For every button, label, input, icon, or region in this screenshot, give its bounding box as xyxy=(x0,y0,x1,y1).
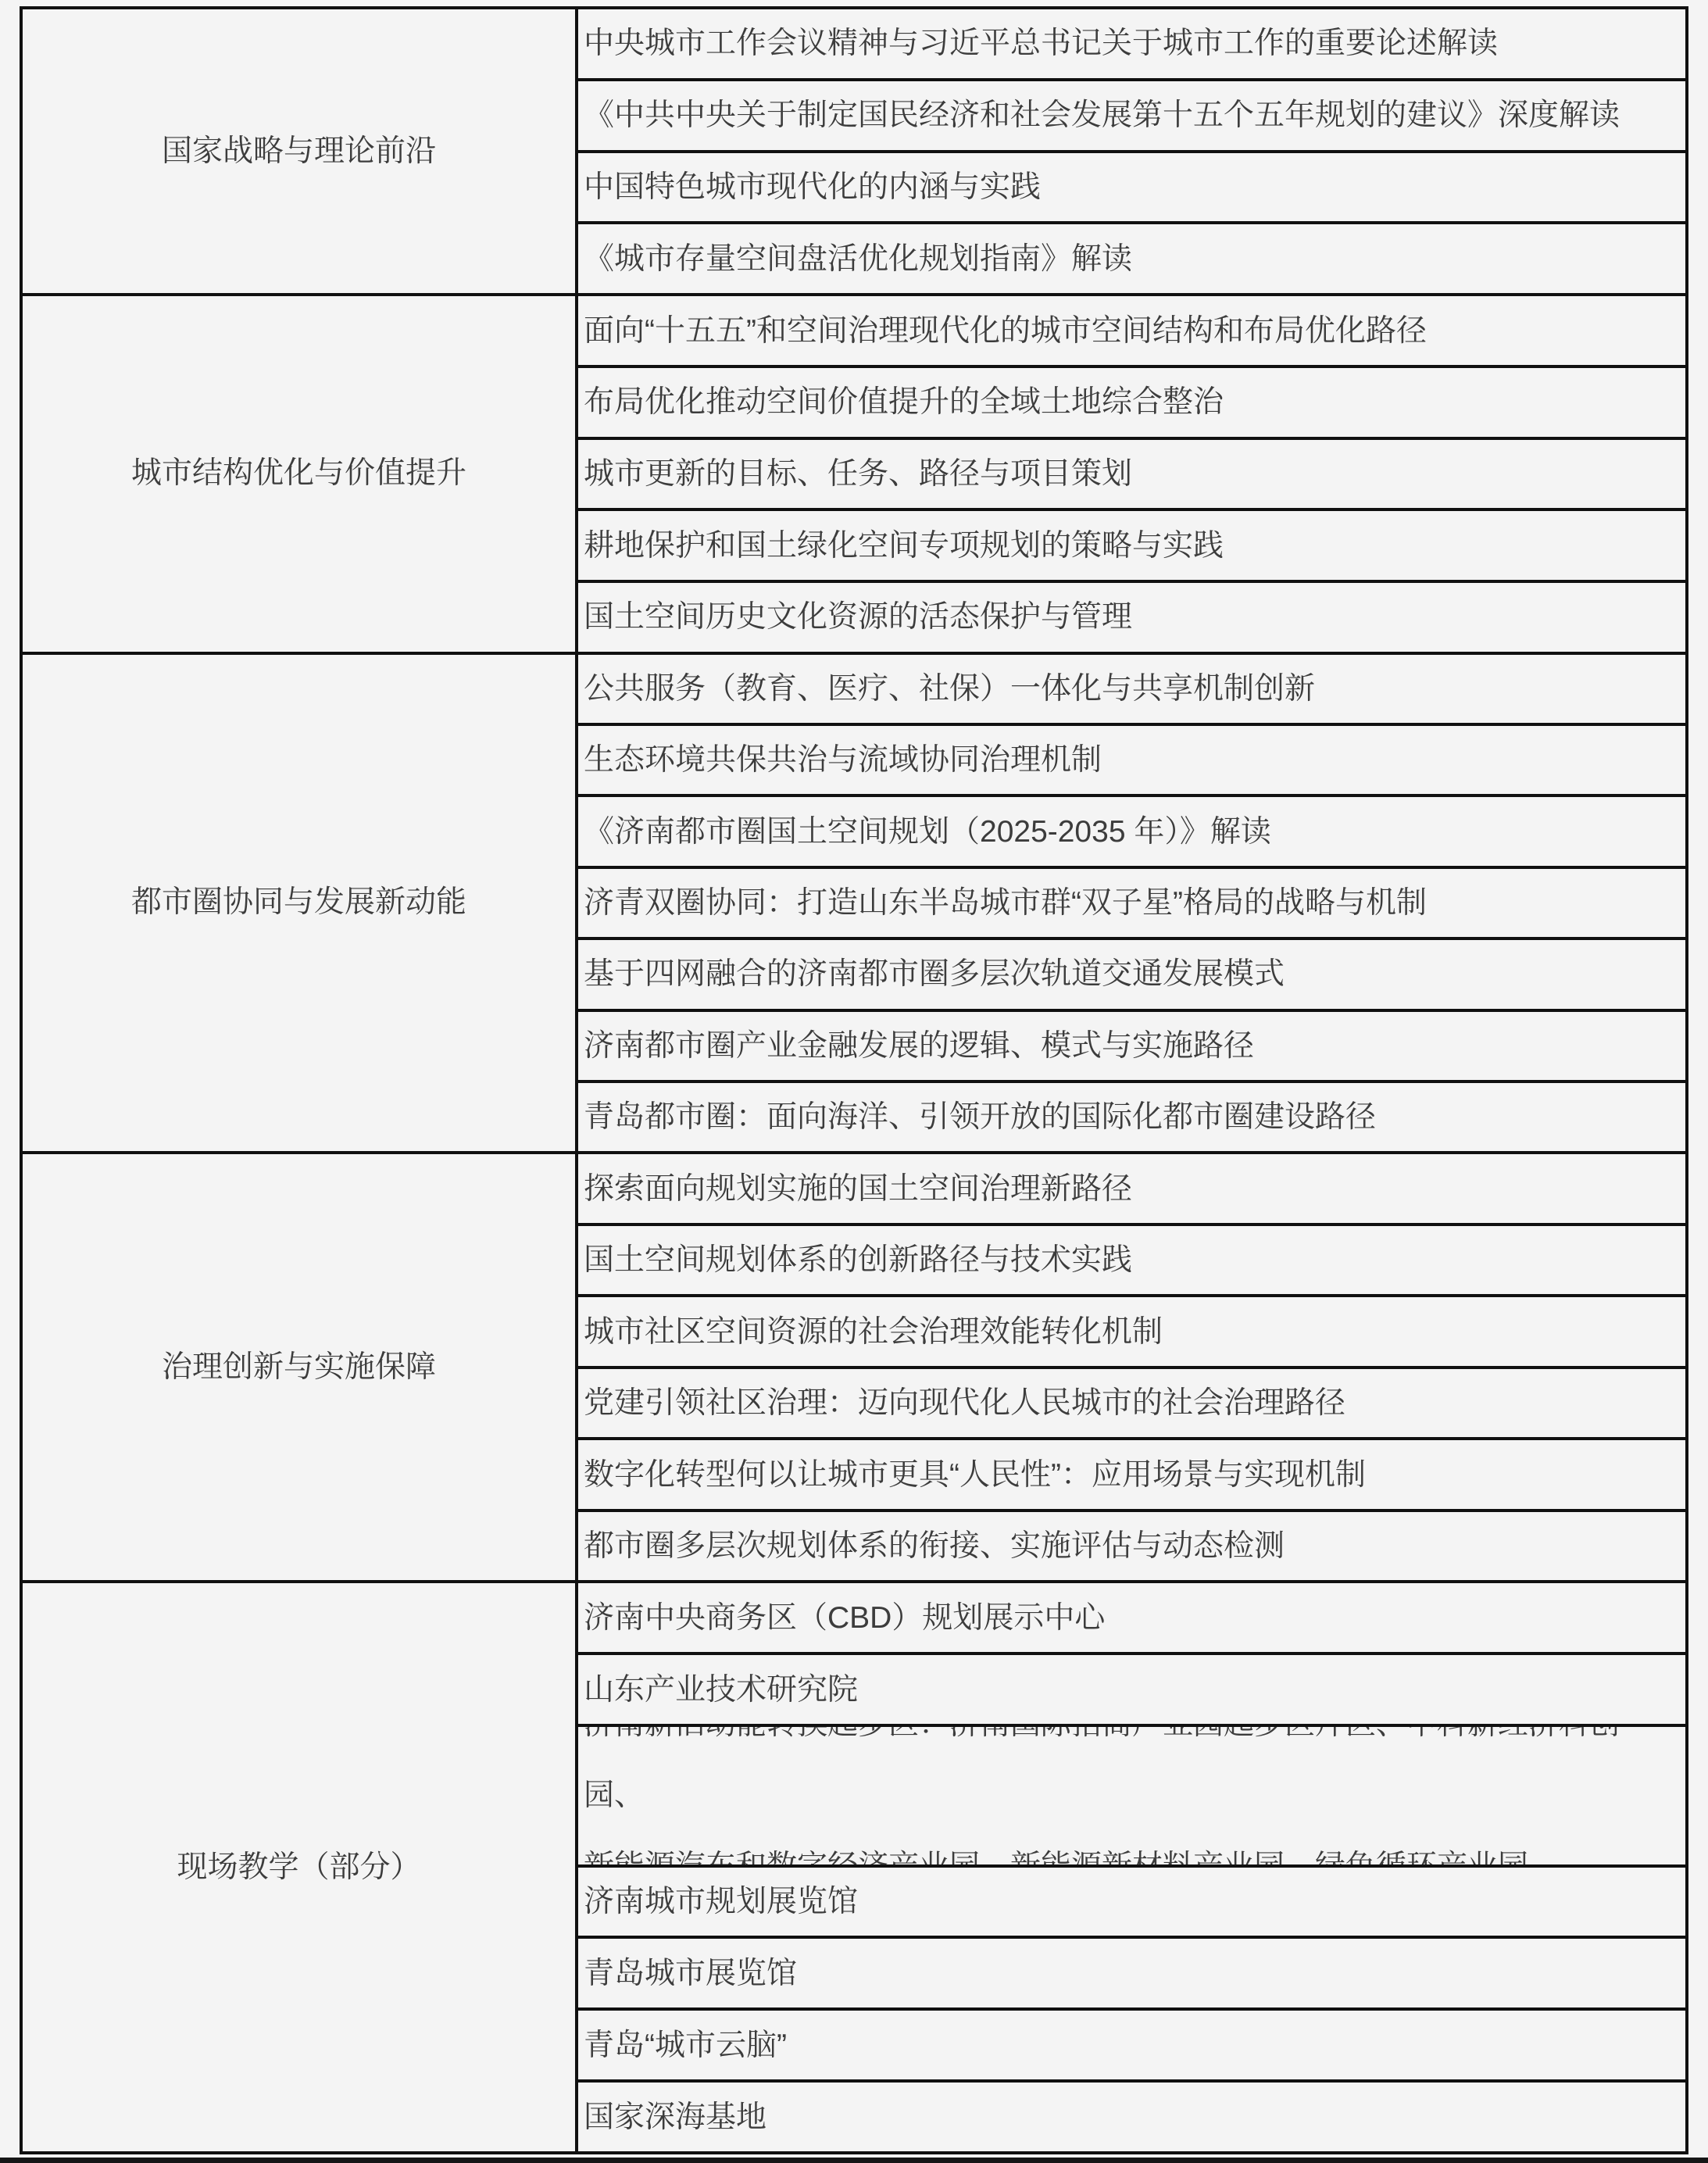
topic-cell: 济南都市圈产业金融发展的逻辑、模式与实施路径 xyxy=(578,1009,1685,1080)
topic-cell: 探索面向规划实施的国土空间治理新路径 xyxy=(578,1154,1685,1223)
topic-cell: 党建引领社区治理：迈向现代化人民城市的社会治理路径 xyxy=(578,1366,1685,1438)
group-row: 国家战略与理论前沿中央城市工作会议精神与习近平总书记关于城市工作的重要论述解读《… xyxy=(23,9,1685,293)
category-cell: 都市圈协同与发展新动能 xyxy=(23,655,578,1152)
page-bottom-edge xyxy=(0,2158,1708,2163)
group-row: 治理创新与实施保障探索面向规划实施的国土空间治理新路径国土空间规划体系的创新路径… xyxy=(23,1151,1685,1580)
topic-cell: 面向“十五五”和空间治理现代化的城市空间结构和布局优化路径 xyxy=(578,296,1685,365)
topic-cell: 国土空间历史文化资源的活态保护与管理 xyxy=(578,580,1685,652)
topic-cell: 国家深海基地 xyxy=(578,2079,1685,2151)
topic-cell: 济南新旧动能转换起步区：济南国际招商产业园起步区片区、中科新经济科创园、 新能源… xyxy=(578,1724,1685,1864)
course-table: 国家战略与理论前沿中央城市工作会议精神与习近平总书记关于城市工作的重要论述解读《… xyxy=(20,6,1688,2154)
topic-cell: 中央城市工作会议精神与习近平总书记关于城市工作的重要论述解读 xyxy=(578,9,1685,78)
topic-cell: 青岛都市圈：面向海洋、引领开放的国际化都市圈建设路径 xyxy=(578,1080,1685,1151)
category-cell: 国家战略与理论前沿 xyxy=(23,9,578,293)
topic-cell: 中国特色城市现代化的内涵与实践 xyxy=(578,150,1685,222)
topic-cell: 山东产业技术研究院 xyxy=(578,1652,1685,1724)
topic-cell: 《济南都市圈国土空间规划（2025-2035 年）》解读 xyxy=(578,794,1685,865)
group-row: 城市结构优化与价值提升面向“十五五”和空间治理现代化的城市空间结构和布局优化路径… xyxy=(23,293,1685,651)
topic-cell: 城市社区空间资源的社会治理效能转化机制 xyxy=(578,1294,1685,1366)
topic-cell: 《中共中央关于制定国民经济和社会发展第十五个五年规划的建议》深度解读 xyxy=(578,78,1685,150)
topic-cell: 济南城市规划展览馆 xyxy=(578,1864,1685,1936)
topic-list: 济南中央商务区（CBD）规划展示中心山东产业技术研究院济南新旧动能转换起步区：济… xyxy=(578,1583,1685,2151)
topic-cell: 《城市存量空间盘活优化规划指南》解读 xyxy=(578,221,1685,293)
category-cell: 城市结构优化与价值提升 xyxy=(23,296,578,651)
topic-cell: 生态环境共保共治与流域协同治理机制 xyxy=(578,723,1685,794)
topic-cell: 济南中央商务区（CBD）规划展示中心 xyxy=(578,1583,1685,1652)
topic-cell: 基于四网融合的济南都市圈多层次轨道交通发展模式 xyxy=(578,937,1685,1008)
topic-list: 中央城市工作会议精神与习近平总书记关于城市工作的重要论述解读《中共中央关于制定国… xyxy=(578,9,1685,293)
topic-cell: 数字化转型何以让城市更具“人民性”：应用场景与实现机制 xyxy=(578,1437,1685,1509)
topic-list: 面向“十五五”和空间治理现代化的城市空间结构和布局优化路径布局优化推动空间价值提… xyxy=(578,296,1685,651)
topic-cell: 耕地保护和国土绿化空间专项规划的策略与实践 xyxy=(578,508,1685,580)
category-cell: 现场教学（部分） xyxy=(23,1583,578,2151)
topic-cell: 公共服务（教育、医疗、社保）一体化与共享机制创新 xyxy=(578,655,1685,723)
topic-cell: 青岛城市展览馆 xyxy=(578,1936,1685,2007)
category-cell: 治理创新与实施保障 xyxy=(23,1154,578,1580)
topic-cell: 国土空间规划体系的创新路径与技术实践 xyxy=(578,1223,1685,1295)
group-row: 现场教学（部分）济南中央商务区（CBD）规划展示中心山东产业技术研究院济南新旧动… xyxy=(23,1580,1685,2151)
topic-cell: 青岛“城市云脑” xyxy=(578,2007,1685,2079)
topic-cell: 都市圈多层次规划体系的衔接、实施评估与动态检测 xyxy=(578,1509,1685,1581)
topic-list: 探索面向规划实施的国土空间治理新路径国土空间规划体系的创新路径与技术实践城市社区… xyxy=(578,1154,1685,1580)
topic-cell: 布局优化推动空间价值提升的全域土地综合整治 xyxy=(578,365,1685,437)
topic-cell: 济青双圈协同：打造山东半岛城市群“双子星”格局的战略与机制 xyxy=(578,866,1685,937)
topic-cell: 城市更新的目标、任务、路径与项目策划 xyxy=(578,437,1685,509)
topic-list: 公共服务（教育、医疗、社保）一体化与共享机制创新生态环境共保共治与流域协同治理机… xyxy=(578,655,1685,1152)
group-row: 都市圈协同与发展新动能公共服务（教育、医疗、社保）一体化与共享机制创新生态环境共… xyxy=(23,652,1685,1152)
